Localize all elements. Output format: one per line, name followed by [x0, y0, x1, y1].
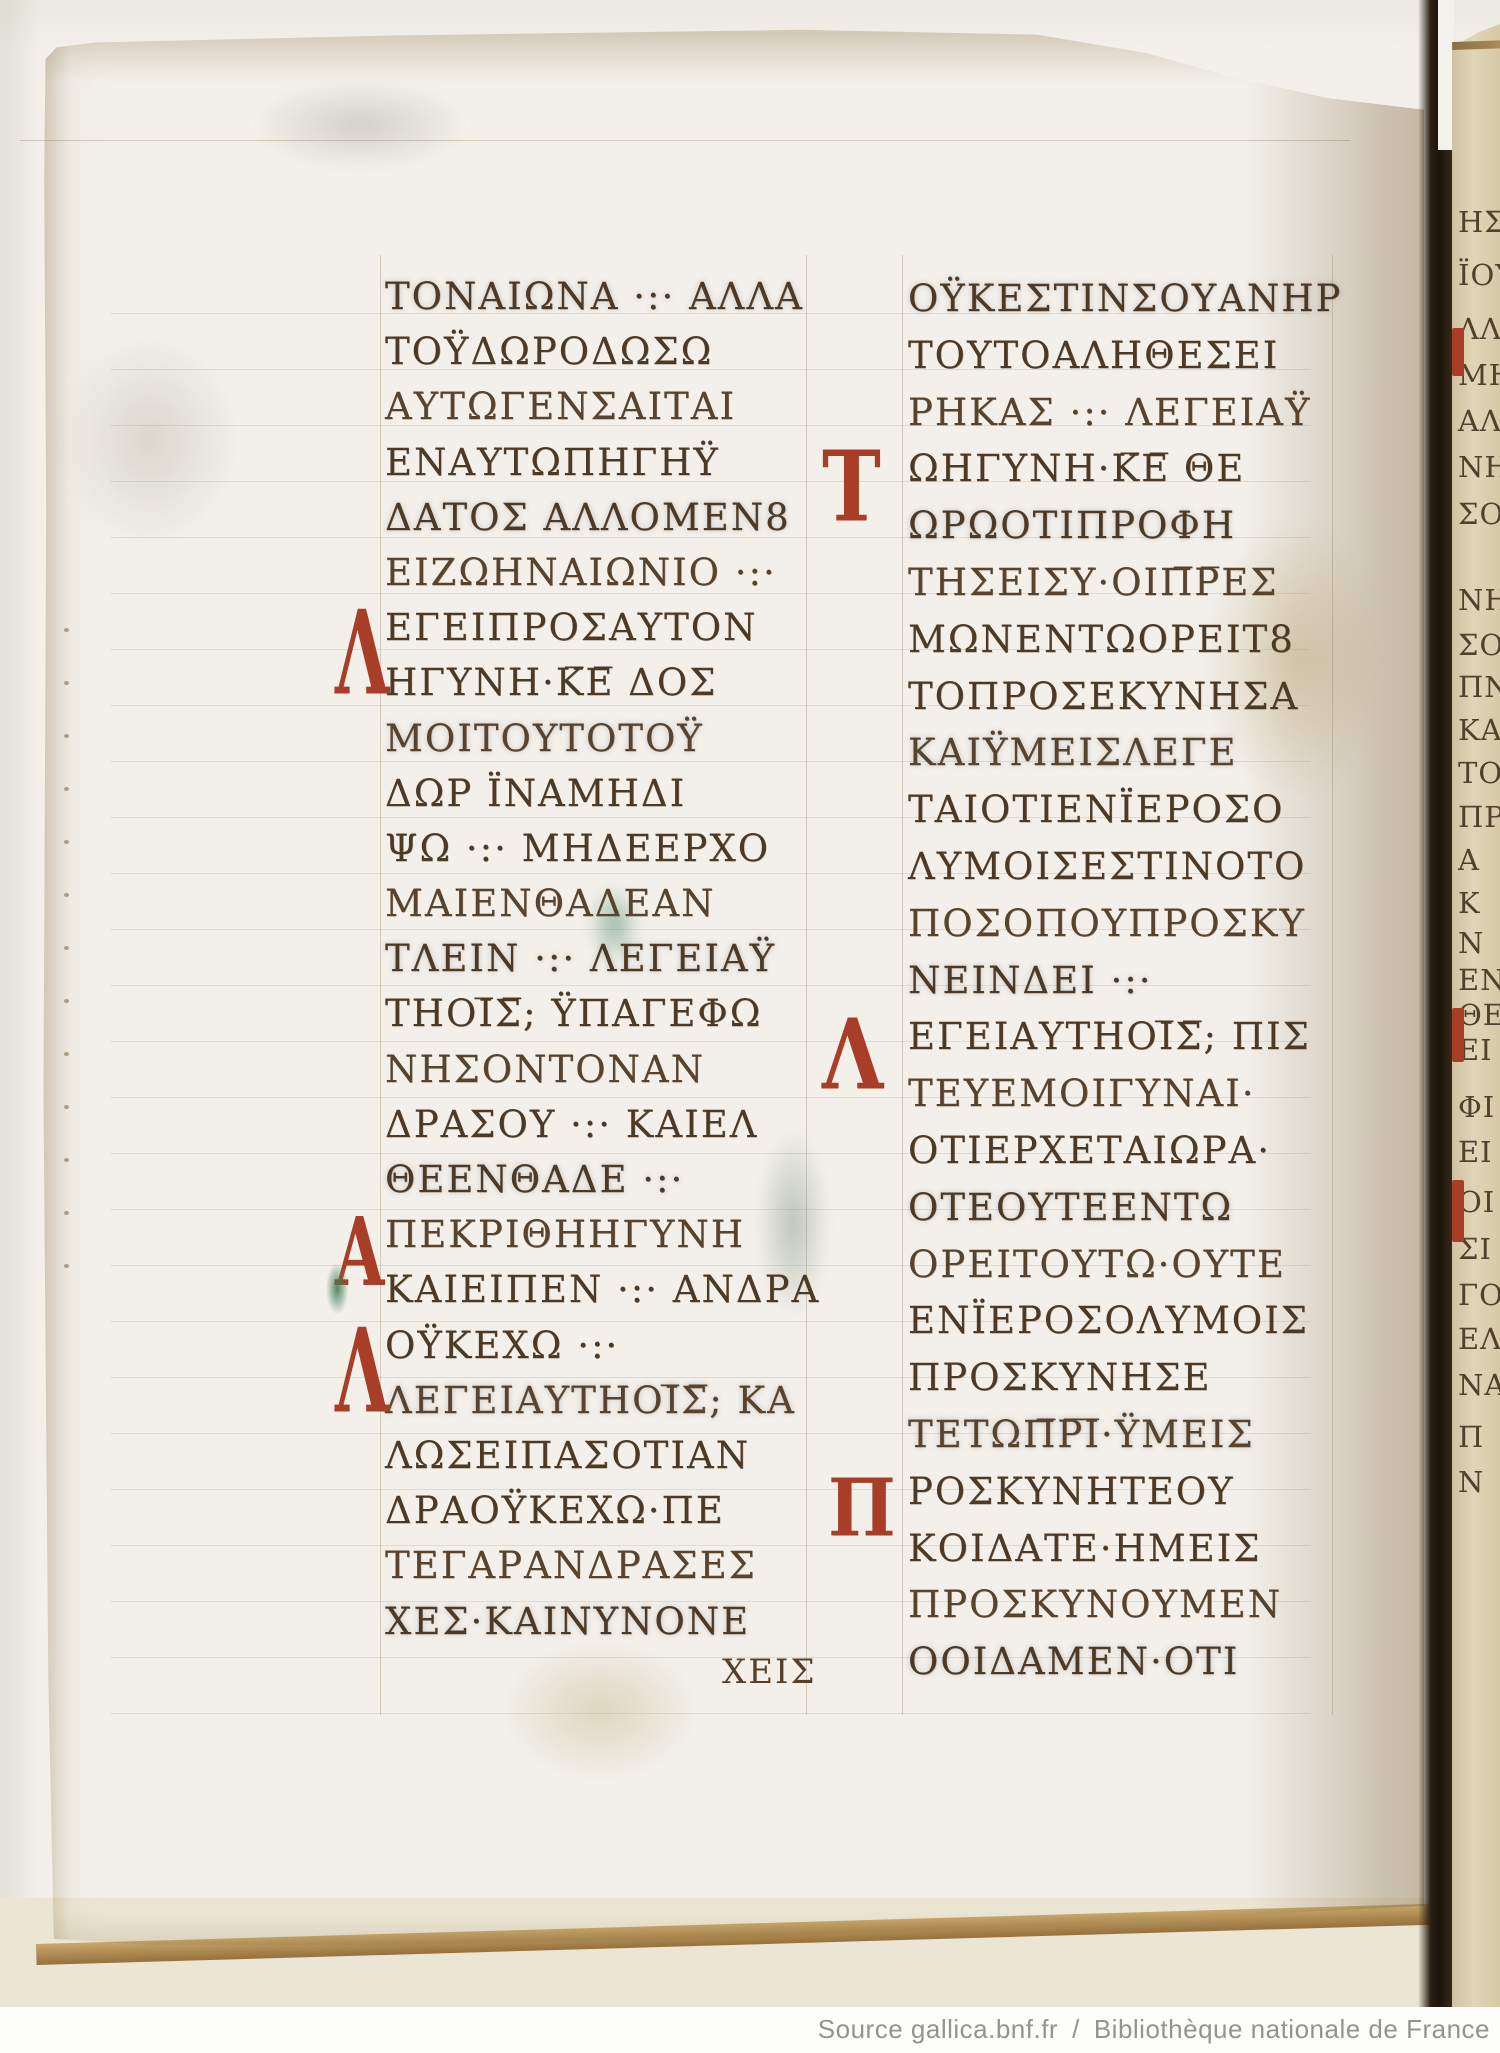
line-text: ΠΡΟΣΚΥΝΟΥΜΕΝ — [908, 1583, 1282, 1626]
facing-page-fragment: ΣΟΥ — [1458, 497, 1500, 531]
text-line: ΚΑΙΫΜΕΙΣΛΕΓΕ — [908, 734, 1338, 791]
pricking-dot — [64, 787, 69, 791]
text-line: ΠΡΟΣΚΥΝΗΣΕ — [908, 1359, 1338, 1416]
line-text: ΝΗΣΟΝΤΟΝΑΝ — [385, 1048, 705, 1091]
pricking-dot — [64, 1052, 69, 1056]
line-text: ΤΟΝΑΙΩΝΑ ·:· ΑΛΛΑ — [385, 275, 804, 318]
line-text: ΩΗΓΥΝΗ·Κ̅Ε̅ ΘΕ — [908, 447, 1245, 490]
pricking-dot — [64, 893, 69, 897]
line-text: ΚΑΙΕΙΠΕΝ ·:· ΑΝΔΡΑ — [385, 1268, 820, 1311]
line-text: ΗΓΥΝΗ·Κ̅Ε̅ ΔΟΣ — [385, 661, 717, 704]
text-line: ΤΟΠΡΟΣΕΚΥΝΗΣΑ — [908, 678, 1338, 735]
line-text: ΔΩΡ ΪΝΑΜΗΔΙ — [385, 772, 686, 815]
line-text: ΠΕΚΡΙΘΗΗΓΥΝΗ — [385, 1213, 745, 1256]
facing-page-fragment: ΠΝ — [1458, 670, 1500, 704]
line-text: ΛΥΜΟΙΣΕΣΤΙΝΟΤΟ — [908, 845, 1306, 888]
text-line: ΝΕΙΝΔΕΙ ·:· — [908, 962, 1338, 1019]
text-line: ΤΟΝΑΙΩΝΑ ·:· ΑΛΛΑ — [385, 278, 815, 333]
line-text: ΤΟΫΔΩΡΟΔΩΣΩ — [385, 330, 713, 373]
line-text: ΜΟΙΤΟΥΤΟΤΟΫ — [385, 717, 704, 760]
text-line: ΤΑΙΟΤΙΕΝΪΕΡΟΣΟ — [908, 791, 1338, 848]
stain — [60, 330, 240, 550]
line-text: ΟΫΚΕΣΤΙΝΣΟΥΑΝΗΡ — [908, 277, 1342, 320]
facing-page-fragment: ΝΗ — [1458, 450, 1500, 484]
text-line: ΚΑΙΕΙΠΕΝ ·:· ΑΝΔΡΑ — [385, 1271, 815, 1326]
text-line: ΤΩΗΓΥΝΗ·Κ̅Ε̅ ΘΕ — [908, 450, 1338, 507]
text-line: ΛΕΓΕΙΑΥΤΗΟΙ̅Σ̅; ΚΑ — [385, 1382, 815, 1437]
text-line: ΤΟΥΤΟΑΛΗΘΕΣΕΙ — [908, 337, 1338, 394]
text-line: ΛΥΜΟΙΣΕΣΤΙΝΟΤΟ — [908, 848, 1338, 905]
text-line: ΠΡΟΣΚΥΝΟΥΜΕΝ — [908, 1586, 1338, 1643]
line-text: ΝΕΙΝΔΕΙ ·:· — [908, 959, 1152, 1002]
line-text: ΤΕΓΑΡΑΝΔΡΑΣΕΣ — [385, 1544, 757, 1587]
line-text: ΡΗΚΑΣ ·:· ΛΕΓΕΙΑΫ — [908, 391, 1311, 434]
line-text: ΔΡΑΟΫΚΕΧΩ·ΠΕ — [385, 1489, 725, 1532]
facing-page-fragment: ΗΣ — [1458, 205, 1500, 239]
attribution-institution: Bibliothèque nationale de France — [1094, 2014, 1490, 2044]
text-line: ΜΩΝΕΝΤΩΟΡΕΙΤ8 — [908, 621, 1338, 678]
facing-page-fragment: ΜΗ — [1458, 358, 1500, 392]
facing-page-fragment: Ν — [1458, 1465, 1484, 1499]
text-line: ΡΗΚΑΣ ·:· ΛΕΓΕΙΑΫ — [908, 394, 1338, 451]
line-text: ΤΗΣΕΙΣΥ·ΟΙΠ̅Ρ̅ΕΣ — [908, 561, 1278, 604]
illuminated-initial: Λ — [822, 1006, 885, 1104]
text-line: ΜΑΙΕΝΘΑΔΕΑΝ — [385, 885, 815, 940]
facing-page-fragment: ΠΡ — [1458, 800, 1500, 834]
facing-page-fragment: ΑΛ — [1458, 404, 1500, 438]
facing-page-fragment: ΣΟΥ — [1458, 628, 1500, 662]
column-guide-line — [902, 255, 903, 1715]
facing-page-fragment: ΕΝ — [1458, 963, 1500, 997]
line-text: ΑΥΤΩΓΕΝΣΑΙΤΑΙ — [385, 385, 736, 428]
facing-page-fragment: ΤΟ — [1458, 756, 1500, 790]
line-text: ΤΗΟΙ̅Σ̅; ΫΠΑΓΕΦΩ — [385, 992, 762, 1035]
text-line: ΤΕΓΑΡΑΝΔΡΑΣΕΣ — [385, 1547, 815, 1602]
facing-page-red-initial — [1452, 1008, 1464, 1062]
text-line: ΟΤΙΕΡΧΕΤΑΙΩΡΑ· — [908, 1132, 1338, 1189]
line-text: ΡΟΣΚΥΝΗΤΕΟΥ — [908, 1470, 1235, 1513]
stain — [500, 1640, 700, 1780]
line-text: ΨΩ ·:· ΜΗΔΕΕΡΧΟ — [385, 827, 770, 870]
text-line: ΑΥΤΩΓΕΝΣΑΙΤΑΙ — [385, 388, 815, 443]
line-text: ΕΓΕΙΑΥΤΗΟΙ̅Σ̅; ΠΙΣ — [908, 1015, 1311, 1058]
facing-page-fragment: ΕΙ — [1458, 1135, 1493, 1169]
line-text: ΤΛΕΙΝ ·:· ΛΕΓΕΙΑΫ — [385, 937, 776, 980]
line-text: ΛΩΣΕΙΠΑΣΟΤΙΑΝ — [385, 1434, 750, 1477]
facing-page-fragment: ΝΑ — [1458, 1368, 1500, 1402]
text-line: ΤΕΥΕΜΟΙΓΥΝΑΙ· — [908, 1075, 1338, 1132]
line-text: ΜΑΙΕΝΘΑΔΕΑΝ — [385, 882, 715, 925]
facing-page-fragment: ΪΟΥ — [1458, 258, 1500, 292]
text-line: ΜΟΙΤΟΥΤΟΤΟΫ — [385, 720, 815, 775]
text-line: ΕΝΪΕΡΟΣΟΛΥΜΟΙΣ — [908, 1302, 1338, 1359]
line-text: ΤΟΠΡΟΣΕΚΥΝΗΣΑ — [908, 675, 1299, 718]
line-text: ΤΟΥΤΟΑΛΗΘΕΣΕΙ — [908, 334, 1279, 377]
line-text: ΤΕΥΕΜΟΙΓΥΝΑΙ· — [908, 1072, 1256, 1115]
attribution-text: Source gallica.bnf.fr/Bibliothèque natio… — [818, 2007, 1490, 2051]
pricking-dot — [64, 734, 69, 738]
illuminated-initial: Τ — [822, 438, 883, 536]
text-column-right: ΟΫΚΕΣΤΙΝΣΟΥΑΝΗΡΤΟΥΤΟΑΛΗΘΕΣΕΙΡΗΚΑΣ ·:· ΛΕ… — [908, 280, 1338, 1700]
column-guide-line — [380, 255, 381, 1715]
pricking-dot — [64, 840, 69, 844]
text-line: ΤΛΕΙΝ ·:· ΛΕΓΕΙΑΫ — [385, 940, 815, 995]
line-text: ΛΕΓΕΙΑΥΤΗΟΙ̅Σ̅; ΚΑ — [385, 1379, 796, 1422]
text-line: ΝΗΣΟΝΤΟΝΑΝ — [385, 1051, 815, 1106]
text-line: ΟΡΕΙΤΟΥΤΩ·ΟΥΤΕ — [908, 1246, 1338, 1303]
text-line: ΤΟΫΔΩΡΟΔΩΣΩ — [385, 333, 815, 388]
text-line: ΛΟΫΚΕΧΩ ·:· — [385, 1327, 815, 1382]
text-line: ΛΕΓΕΙΠΡΟΣΑΥΤΟΝ — [385, 609, 815, 664]
text-line: ΤΗΣΕΙΣΥ·ΟΙΠ̅Ρ̅ΕΣ — [908, 564, 1338, 621]
text-column-left: ΤΟΝΑΙΩΝΑ ·:· ΑΛΛΑΤΟΫΔΩΡΟΔΩΣΩΑΥΤΩΓΕΝΣΑΙΤΑ… — [385, 278, 815, 1658]
line-text: ΤΕΤΩΠ̅Ρ̅Ι̅·ΫΜΕΙΣ — [908, 1413, 1255, 1456]
line-text: ΔΑΤΟΣ ΑΛΛΟΜΕΝ8 — [385, 496, 791, 539]
line-text: ΚΟΙΔΑΤΕ·ΗΜΕΙΣ — [908, 1527, 1261, 1570]
text-line: ΤΕΤΩΠ̅Ρ̅Ι̅·ΫΜΕΙΣ — [908, 1416, 1338, 1473]
text-line: ΛΕΓΕΙΑΥΤΗΟΙ̅Σ̅; ΠΙΣ — [908, 1018, 1338, 1075]
gutter-highlight — [1438, 0, 1454, 150]
text-line: ΗΓΥΝΗ·Κ̅Ε̅ ΔΟΣ — [385, 664, 815, 719]
line-text: ΤΑΙΟΤΙΕΝΪΕΡΟΣΟ — [908, 788, 1284, 831]
line-text: ΕΓΕΙΠΡΟΣΑΥΤΟΝ — [385, 606, 758, 649]
line-text: ΧΕΣ·ΚΑΙΝΥΝΟΝΕ — [385, 1600, 750, 1643]
text-line: ΑΠΕΚΡΙΘΗΗΓΥΝΗ — [385, 1216, 815, 1271]
illuminated-initial: Π — [828, 1469, 898, 1549]
facing-page-fragment: ΕΛ — [1458, 1322, 1500, 1356]
pricking-dot — [64, 1211, 69, 1215]
facing-page-fragment: Π — [1458, 1420, 1484, 1454]
text-line: ΛΩΣΕΙΠΑΣΟΤΙΑΝ — [385, 1437, 815, 1492]
facing-page-red-initial — [1452, 1180, 1464, 1242]
line-text: ΟΡΕΙΤΟΥΤΩ·ΟΥΤΕ — [908, 1243, 1286, 1286]
text-line: ΕΝΑΥΤΩΠΗΓΗΫ — [385, 444, 815, 499]
text-line: ΨΩ ·:· ΜΗΔΕΕΡΧΟ — [385, 830, 815, 885]
text-line: ΠΟΣΟΠΟΥΠΡΟΣΚΥ — [908, 905, 1338, 962]
text-line: ΧΕΣ·ΚΑΙΝΥΝΟΝΕ — [385, 1603, 815, 1658]
text-line: ΕΙΖΩΗΝΑΙΩΝΙΟ ·:· — [385, 554, 815, 609]
line-text: ΕΝΑΥΤΩΠΗΓΗΫ — [385, 441, 720, 484]
pricking-dot — [64, 1158, 69, 1162]
line-text: ΠΡΟΣΚΥΝΗΣΕ — [908, 1356, 1212, 1399]
pricking-dot — [64, 628, 69, 632]
text-line: ΟΤΕΟΥΤΕΕΝΤΩ — [908, 1189, 1338, 1246]
text-line: ΔΡΑΟΫΚΕΧΩ·ΠΕ — [385, 1492, 815, 1547]
text-line: ΘΕΕΝΘΑΔΕ ·:· — [385, 1161, 815, 1216]
text-line: ΔΩΡ ΪΝΑΜΗΔΙ — [385, 775, 815, 830]
facing-page-fragment: ΘΕ — [1458, 998, 1500, 1032]
text-line: ΠΡΟΣΚΥΝΗΤΕΟΥ — [908, 1473, 1338, 1530]
illuminated-initial: Λ — [335, 1313, 391, 1429]
facing-page-top-edge — [1452, 40, 1500, 50]
digitized-manuscript-scan: ΤΟΝΑΙΩΝΑ ·:· ΑΛΛΑΤΟΫΔΩΡΟΔΩΣΩΑΥΤΩΓΕΝΣΑΙΤΑ… — [0, 0, 1500, 2053]
facing-page-fragment: ΦΙ — [1458, 1090, 1495, 1124]
pricking-dot — [64, 1264, 69, 1268]
line-text: ΟΟΙΔΑΜΕΝ·ΟΤΙ — [908, 1640, 1239, 1683]
line-text: ΕΙΖΩΗΝΑΙΩΝΙΟ ·:· — [385, 551, 777, 594]
text-line: ΟΫΚΕΣΤΙΝΣΟΥΑΝΗΡ — [908, 280, 1338, 337]
line-text: ΩΡΩΟΤΙΠΡΟΦΗ — [908, 504, 1236, 547]
line-text: ΔΡΑΣΟΥ ·:· ΚΑΙΕΛ — [385, 1103, 758, 1146]
illuminated-initial: Λ — [335, 595, 391, 711]
gutter-shadow — [1418, 0, 1454, 2007]
attribution-source: Source gallica.bnf.fr — [818, 2014, 1058, 2044]
illuminated-initial: Α — [335, 1206, 386, 1301]
catchword: ΧΕΙΣ — [722, 1652, 817, 1692]
facing-page-fragment: ΛΛ — [1458, 312, 1500, 346]
pricking-dot — [64, 1105, 69, 1109]
line-text: ΟΤΕΟΥΤΕΕΝΤΩ — [908, 1186, 1233, 1229]
text-line: ΔΑΤΟΣ ΑΛΛΟΜΕΝ8 — [385, 499, 815, 554]
stain — [250, 80, 470, 170]
facing-page-red-initial — [1452, 328, 1464, 376]
facing-page-fragment: Α — [1458, 843, 1480, 877]
top-ruling-line — [20, 140, 1350, 141]
footer-bar: Source gallica.bnf.fr/Bibliothèque natio… — [0, 2007, 1500, 2053]
facing-page-fragment: Ν — [1458, 926, 1484, 960]
line-text: ΟΫΚΕΧΩ ·:· — [385, 1324, 619, 1367]
text-line: ΚΟΙΔΑΤΕ·ΗΜΕΙΣ — [908, 1530, 1338, 1587]
facing-page-fragment: ΝΗ — [1458, 583, 1500, 617]
line-text: ΚΑΙΫΜΕΙΣΛΕΓΕ — [908, 731, 1238, 774]
pricking-dot — [64, 999, 69, 1003]
attribution-separator: / — [1072, 2014, 1080, 2044]
facing-page-fragment: ΓΟ — [1458, 1278, 1500, 1312]
line-text: ΜΩΝΕΝΤΩΟΡΕΙΤ8 — [908, 618, 1295, 661]
line-text: ΠΟΣΟΠΟΥΠΡΟΣΚΥ — [908, 902, 1306, 945]
line-text: ΕΝΪΕΡΟΣΟΛΥΜΟΙΣ — [908, 1299, 1309, 1342]
text-line: ΩΡΩΟΤΙΠΡΟΦΗ — [908, 507, 1338, 564]
line-text: ΟΤΙΕΡΧΕΤΑΙΩΡΑ· — [908, 1129, 1271, 1172]
facing-page-fragment: Κ — [1458, 886, 1481, 920]
pricking-dot — [64, 681, 69, 685]
facing-page-fragment: ΚΑ — [1458, 713, 1500, 747]
pricking-dot — [64, 946, 69, 950]
text-line: ΔΡΑΣΟΥ ·:· ΚΑΙΕΛ — [385, 1106, 815, 1161]
line-text: ΘΕΕΝΘΑΔΕ ·:· — [385, 1158, 684, 1201]
text-line: ΤΗΟΙ̅Σ̅; ΫΠΑΓΕΦΩ — [385, 995, 815, 1050]
text-line: ΟΟΙΔΑΜΕΝ·ΟΤΙ — [908, 1643, 1338, 1700]
